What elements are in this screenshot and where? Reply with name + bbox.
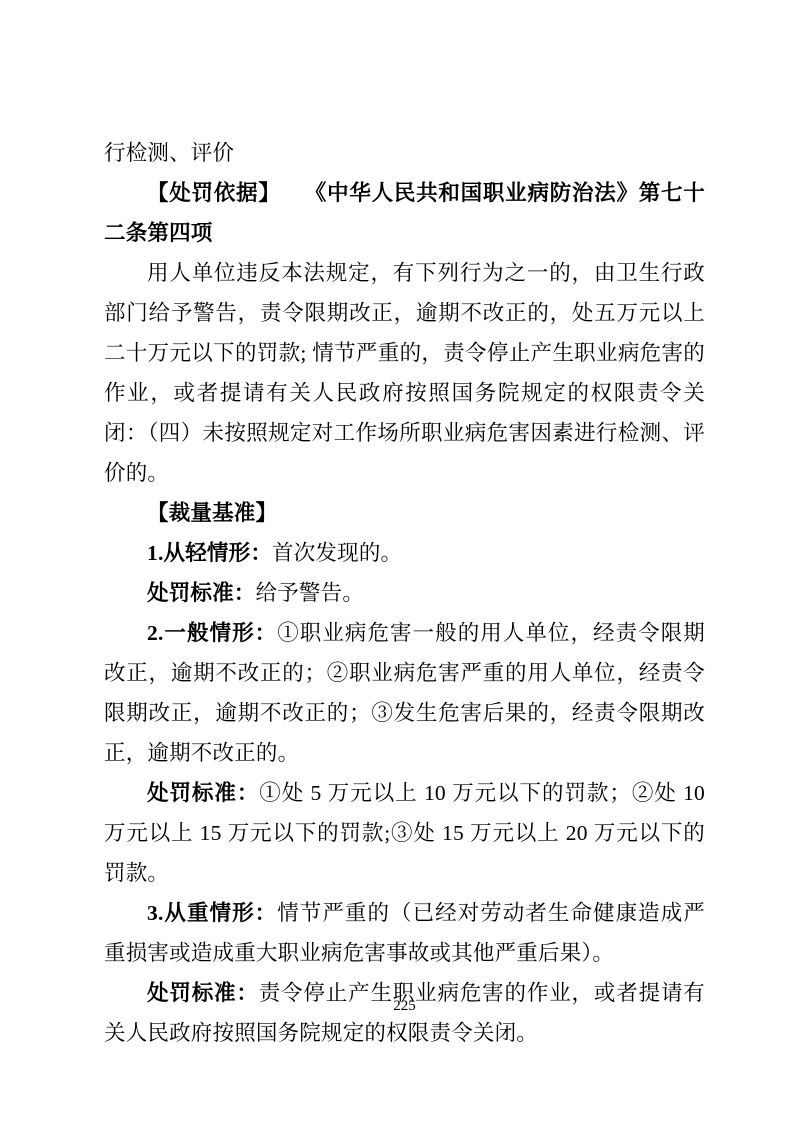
discretion-item-lenient: 1.从轻情形：首次发现的。: [104, 533, 705, 573]
discretion-item-general-penalty: 处罚标准：①处 5 万元以上 10 万元以下的罚款；②处 10 万元以上 15 …: [104, 773, 705, 893]
discretion-item-lenient-penalty: 处罚标准：给予警告。: [104, 573, 705, 613]
discretion-item-general: 2.一般情形：①职业病危害一般的用人单位，经责令限期改正，逾期不改正的；②职业病…: [104, 613, 705, 773]
item-label: 处罚标准：: [147, 581, 256, 605]
continuation-text: 行检测、评价: [104, 133, 705, 173]
item-text: 给予警告。: [256, 581, 365, 605]
item-text: 首次发现的。: [272, 541, 402, 565]
item-label: 1.从轻情形：: [147, 541, 272, 565]
item-label: 3.从重情形：: [147, 901, 277, 925]
penalty-basis-heading: 【处罚依据】《中华人民共和国职业病防治法》第七十二条第四项: [104, 173, 705, 253]
page-number: 225: [104, 996, 705, 1016]
law-excerpt: 用人单位违反本法规定，有下列行为之一的，由卫生行政部门给予警告，责令限期改正，逾…: [104, 253, 705, 493]
page-content: 行检测、评价 【处罚依据】《中华人民共和国职业病防治法》第七十二条第四项 用人单…: [104, 133, 705, 1053]
document-page: 行检测、评价 【处罚依据】《中华人民共和国职业病防治法》第七十二条第四项 用人单…: [0, 0, 793, 1122]
discretion-item-severe: 3.从重情形：情节严重的（已经对劳动者生命健康造成严重损害或造成重大职业病危害事…: [104, 893, 705, 973]
penalty-basis-label: 【处罚依据】: [147, 181, 281, 205]
item-label: 处罚标准：: [147, 781, 259, 805]
item-label: 2.一般情形：: [147, 621, 277, 645]
discretion-basis-heading: 【裁量基准】: [104, 493, 705, 533]
